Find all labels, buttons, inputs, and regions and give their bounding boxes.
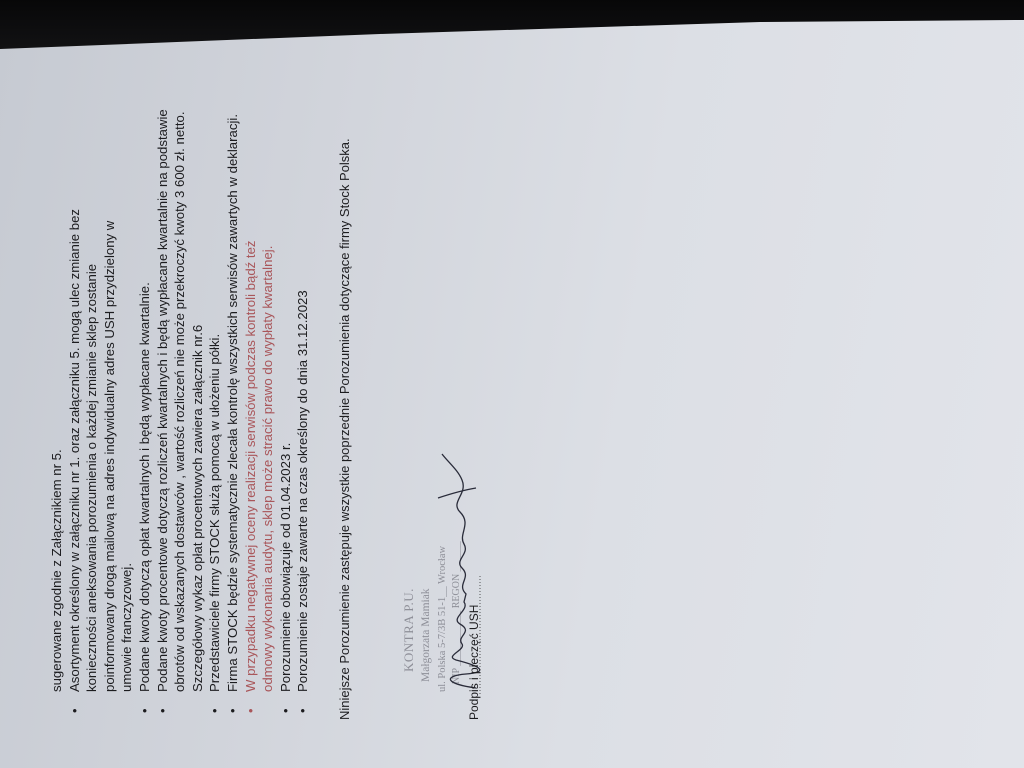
list-item-line: sugerowane zgodnie z Załącznikiem nr 5.	[48, 80, 66, 692]
list-item: •Porozumienie zostaje zawarte na czas ok…	[294, 80, 312, 720]
list-item-line: Podane kwoty procentowe dotyczą rozlicze…	[154, 80, 172, 692]
closing-statement: Niniejsze Porozumienie zastępuje wszystk…	[336, 138, 354, 720]
list-item-line: Asortyment określony w załączniku nr 1. …	[66, 80, 84, 692]
bullet-icon: •	[154, 708, 172, 713]
list-item: •sugerowane zgodnie z Załącznikiem nr 5.	[48, 80, 66, 720]
list-item-line: odmowy wykonania audytu, sklep może stra…	[259, 80, 277, 692]
company-stamp: KONTRA P.U. Małgorzata Mamiak ul. Polska…	[400, 396, 510, 696]
list-item: •Podane kwoty procentowe dotyczą rozlicz…	[154, 80, 207, 720]
list-item-line: konieczności aneksowania porozumienia o …	[83, 80, 101, 692]
list-item-line: W przypadku negatywnej oceny realizacji …	[242, 80, 260, 692]
list-item-line: Przedstawiciele firmy STOCK służą pomocą…	[206, 80, 224, 692]
signature-label: Podpis i pieczęć USH	[466, 605, 484, 720]
bullet-icon: •	[136, 708, 154, 713]
list-item: •Porozumienie obowiązuje od 01.04.2023 r…	[277, 80, 295, 720]
list-item-line: umowie franczyzowej.	[118, 80, 136, 692]
list-item: •Asortyment określony w załączniku nr 1.…	[66, 80, 136, 720]
list-item-line: Porozumienie obowiązuje od 01.04.2023 r.	[277, 80, 295, 692]
bullet-icon: •	[66, 708, 84, 713]
bullet-icon: •	[242, 708, 260, 713]
list-item: •Podane kwoty dotyczą opłat kwartalnych …	[136, 80, 154, 720]
bullet-icon: •	[277, 708, 295, 713]
list-item-line: poinformowany drogą mailową na adres ind…	[101, 80, 119, 692]
terms-list: •sugerowane zgodnie z Załącznikiem nr 5.…	[48, 80, 312, 720]
bullet-icon: •	[294, 708, 312, 713]
bullet-icon: •	[206, 708, 224, 713]
document-page: •sugerowane zgodnie z Załącznikiem nr 5.…	[48, 80, 528, 720]
stamp-person-name: Małgorzata Mamiak	[418, 588, 436, 682]
list-item-line: Podane kwoty dotyczą opłat kwartalnych i…	[136, 80, 154, 692]
list-item-line: Porozumienie zostaje zawarte na czas okr…	[294, 80, 312, 692]
list-item-line: obrotów od wskazanych dostawców , wartoś…	[171, 80, 189, 692]
bullet-icon: •	[224, 708, 242, 713]
list-item-line: Szczegółowy wykaz opłat procentowych zaw…	[189, 80, 207, 692]
list-item: •W przypadku negatywnej oceny realizacji…	[242, 80, 277, 720]
stamp-company-name: KONTRA P.U.	[400, 588, 418, 672]
list-item: •Przedstawiciele firmy STOCK służą pomoc…	[206, 80, 224, 720]
list-item-line: Firma STOCK będzie systematycznie zlecał…	[224, 80, 242, 692]
list-item: •Firma STOCK będzie systematycznie zleca…	[224, 80, 242, 720]
